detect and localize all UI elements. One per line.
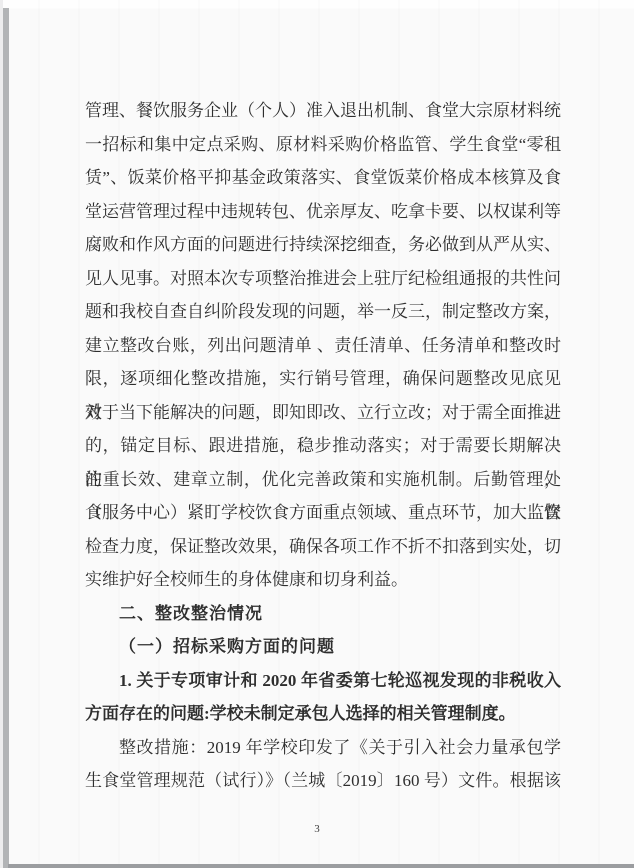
paragraph-line: 管理、餐饮服务企业（个人）准入退出机制、食堂大宗原材料统 (85, 94, 561, 128)
paragraph-line: 题和我校自查自纠阶段发现的问题，举一反三，制定整改方案， (85, 295, 561, 329)
page-number: 3 (0, 823, 634, 835)
measure-paragraph-line: 整改措施：2019 年学校印发了《关于引入社会力量承包学 (85, 731, 561, 765)
issue-title-line: 方面存在的问题:学校未制定承包人选择的相关管理制度。 (85, 697, 561, 731)
document-body: 管理、餐饮服务企业（个人）准入退出机制、食堂大宗原材料统 一招标和集中定点采购、… (85, 94, 561, 798)
paragraph-line: 堂运营管理过程中违规转包、优亲厚友、吃拿卡要、以权谋利等 (85, 195, 561, 229)
paragraph-line: 检查力度，保证整改效果，确保各项工作不折不扣落到实处，切 (85, 530, 561, 564)
paragraph-line: 实维护好全校师生的身体健康和切身利益。 (85, 563, 561, 597)
paragraph-line: 一招标和集中定点采购、原材料采购价格监管、学生食堂“零租 (85, 128, 561, 162)
scan-edge-left (3, 8, 9, 868)
paragraph-line: 腐败和作风方面的问题进行持续深挖细查，务必做到从严从实、 (85, 228, 561, 262)
paragraph-line: 的，锚定目标、跟进措施，稳步推动落实；对于需要长期解决的， (85, 429, 561, 463)
heading-section-2: 二、整改整治情况 (85, 597, 561, 631)
paragraph-line: 食服务中心）紧盯学校饮食方面重点领域、重点环节，加大监督 (85, 496, 561, 530)
paragraph-line: 对于当下能解决的问题，即知即改、立行立改；对于需全面推进 (85, 396, 561, 430)
measure-paragraph-line: 生食堂管理规范（试行）》（兰城〔2019〕160 号）文件。根据该 (85, 764, 561, 798)
paragraph-line: 赁”、饭菜价格平抑基金政策落实、食堂饭菜价格成本核算及食 (85, 161, 561, 195)
paragraph-line: 建立整改台账，列出问题清单 、责任清单、任务清单和整改时 (85, 329, 561, 363)
heading-subsection-1: （一）招标采购方面的问题 (85, 630, 561, 664)
paragraph-line: 见人见事。对照本次专项整治推进会上驻厅纪检组通报的共性问 (85, 262, 561, 296)
paragraph-line: 限，逐项细化整改措施，实行销号管理，确保问题整改见底见效。 (85, 362, 561, 396)
scan-edge-bottom (8, 864, 634, 868)
issue-title-line: 1. 关于专项审计和 2020 年省委第七轮巡视发现的非税收入 (85, 664, 561, 698)
paragraph-line: 注重长效、建章立制，优化完善政策和实施机制。后勤管理处（饮 (85, 463, 561, 497)
